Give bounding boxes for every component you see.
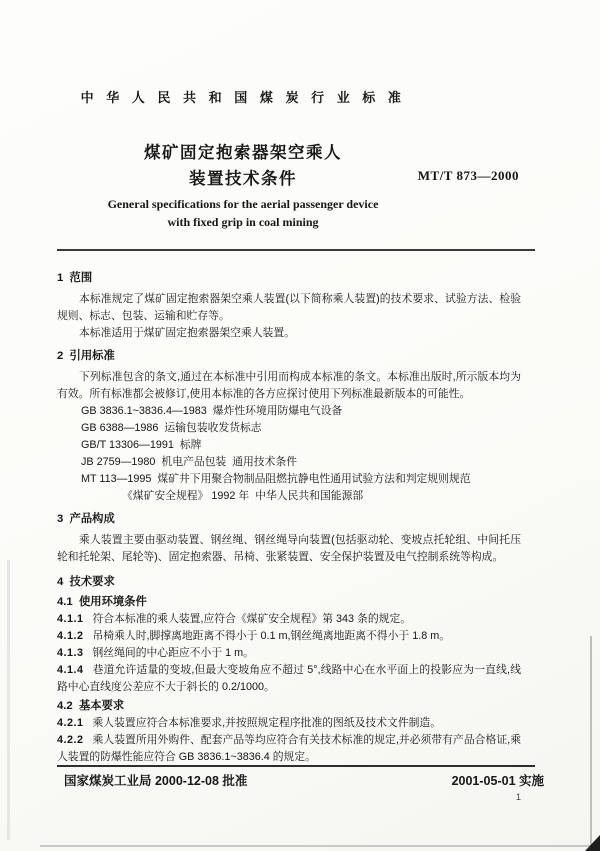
section-3-paragraph-1: 乘人装置主要由驱动装置、钢丝绳、钢丝绳导向装置(包括驱动轮、变坡点托轮组、中间托…: [57, 532, 521, 566]
clause-4-2-1: 4.2.1乘人装置应符合本标准要求,并按照规定程序批准的图纸及技术文件制造。: [57, 715, 521, 732]
reference-note: 《煤矿安全规程》 1992 年 中华人民共和国能源部: [57, 488, 521, 505]
clause-4-1-3: 4.1.3钢丝绳间的中心距应不小于 1 m。: [57, 645, 521, 662]
section-1-paragraph-2: 本标准适用于煤矿固定抱索器架空乘人装置。: [57, 325, 521, 342]
reference-item: MT 113—1995 煤矿井下用聚合物制品阻燃抗静电性通用试验方法和判定规则规…: [57, 471, 521, 488]
english-title-line2: with fixed grip in coal mining: [57, 215, 429, 230]
clause-number: 4.2.2: [57, 734, 84, 746]
section-2-heading: 2 引用标准: [57, 348, 521, 365]
reference-item: GB 3836.1~3836.4—1983 爆炸性环境用防爆电气设备: [57, 403, 521, 420]
clause-4-1-2: 4.1.2吊椅乘人时,脚撑离地距离不得小于 0.1 m,钢丝绳离地距离不得小于 …: [57, 628, 521, 645]
footer-divider-rule: [57, 765, 535, 767]
implementation-note: 2001-05-01 实施: [452, 771, 544, 789]
clause-text: 乘人装置应符合本标准要求,并按照规定程序批准的图纸及技术文件制造。: [93, 717, 442, 729]
section-1-paragraph-1: 本标准规定了煤矿固定抱索器架空乘人装置(以下简称乘人装置)的技术要求、试验方法、…: [57, 291, 521, 325]
clause-text: 符合本标准的乘人装置,应符合《煤矿安全规程》第 343 条的规定。: [93, 613, 412, 625]
scan-edge-bottom-artifact: [40, 845, 600, 847]
clause-number: 4.2.1: [57, 717, 84, 729]
reference-item: JB 2759—1980 机电产品包装 通用技术条件: [57, 454, 521, 471]
approval-note: 国家煤炭工业局 2000-12-08 批准: [64, 771, 247, 789]
clause-4-1-1: 4.1.1符合本标准的乘人装置,应符合《煤矿安全规程》第 343 条的规定。: [57, 611, 521, 628]
scan-corner-mark: [585, 835, 600, 851]
clause-text: 乘人装置所用外购件、配套产品等均应符合有关技术标准的规定,并必须带有产品合格证,…: [57, 734, 521, 763]
document-title-line1: 煤矿固定抱索器架空乘人: [57, 139, 429, 163]
subsection-4-2-heading: 4.2 基本要求: [57, 698, 521, 715]
clause-4-2-2: 4.2.2乘人装置所用外购件、配套产品等均应符合有关技术标准的规定,并必须带有产…: [57, 732, 521, 766]
section-1-heading: 1 范围: [57, 270, 521, 287]
clause-text: 巷道允许适量的变坡,但最大变坡角应不超过 5°,线路中心在水平面上的投影应为一直…: [57, 664, 521, 693]
clause-4-1-4: 4.1.4巷道允许适量的变坡,但最大变坡角应不超过 5°,线路中心在水平面上的投…: [57, 662, 521, 696]
standard-document-page: 中 华 人 民 共 和 国 煤 炭 行 业 标 准 煤矿固定抱索器架空乘人 装置…: [0, 0, 600, 851]
document-body: 1 范围 本标准规定了煤矿固定抱索器架空乘人装置(以下简称乘人装置)的技术要求、…: [57, 270, 521, 766]
reference-item: GB 6388—1986 运输包装收发货标志: [57, 420, 521, 437]
clause-text: 钢丝绳间的中心距应不小于 1 m。: [93, 647, 254, 659]
clause-text: 吊椅乘人时,脚撑离地距离不得小于 0.1 m,钢丝绳离地距离不得小于 1.8 m…: [93, 630, 451, 642]
scan-edge-left-artifact: [7, 560, 10, 840]
clause-number: 4.1.1: [57, 613, 84, 625]
clause-number: 4.1.2: [57, 630, 84, 642]
scan-edge-right-artifact: [590, 636, 592, 851]
reference-item: GB/T 13306—1991 标牌: [57, 437, 521, 454]
section-4-heading: 4 技术要求: [57, 574, 521, 591]
standard-category-label: 中 华 人 民 共 和 国 煤 炭 行 业 标 准: [57, 87, 429, 106]
subsection-4-1-heading: 4.1 使用环境条件: [57, 594, 521, 611]
footer: 国家煤炭工业局 2000-12-08 批准 2001-05-01 实施: [64, 771, 544, 789]
header-divider-rule: [57, 249, 535, 251]
page-number: 1: [516, 792, 521, 802]
english-title-line1: General specifications for the aerial pa…: [57, 197, 429, 212]
clause-number: 4.1.4: [57, 664, 84, 676]
section-2-intro: 下列标准包含的条文,通过在本标准中引用而构成本标准的条文。本标准出版时,所示版本…: [57, 369, 521, 403]
section-3-heading: 3 产品构成: [57, 511, 521, 528]
document-title-line2: 装置技术条件: [57, 165, 429, 189]
standard-number: MT/T 873—2000: [418, 168, 519, 184]
clause-number: 4.1.3: [57, 647, 84, 659]
